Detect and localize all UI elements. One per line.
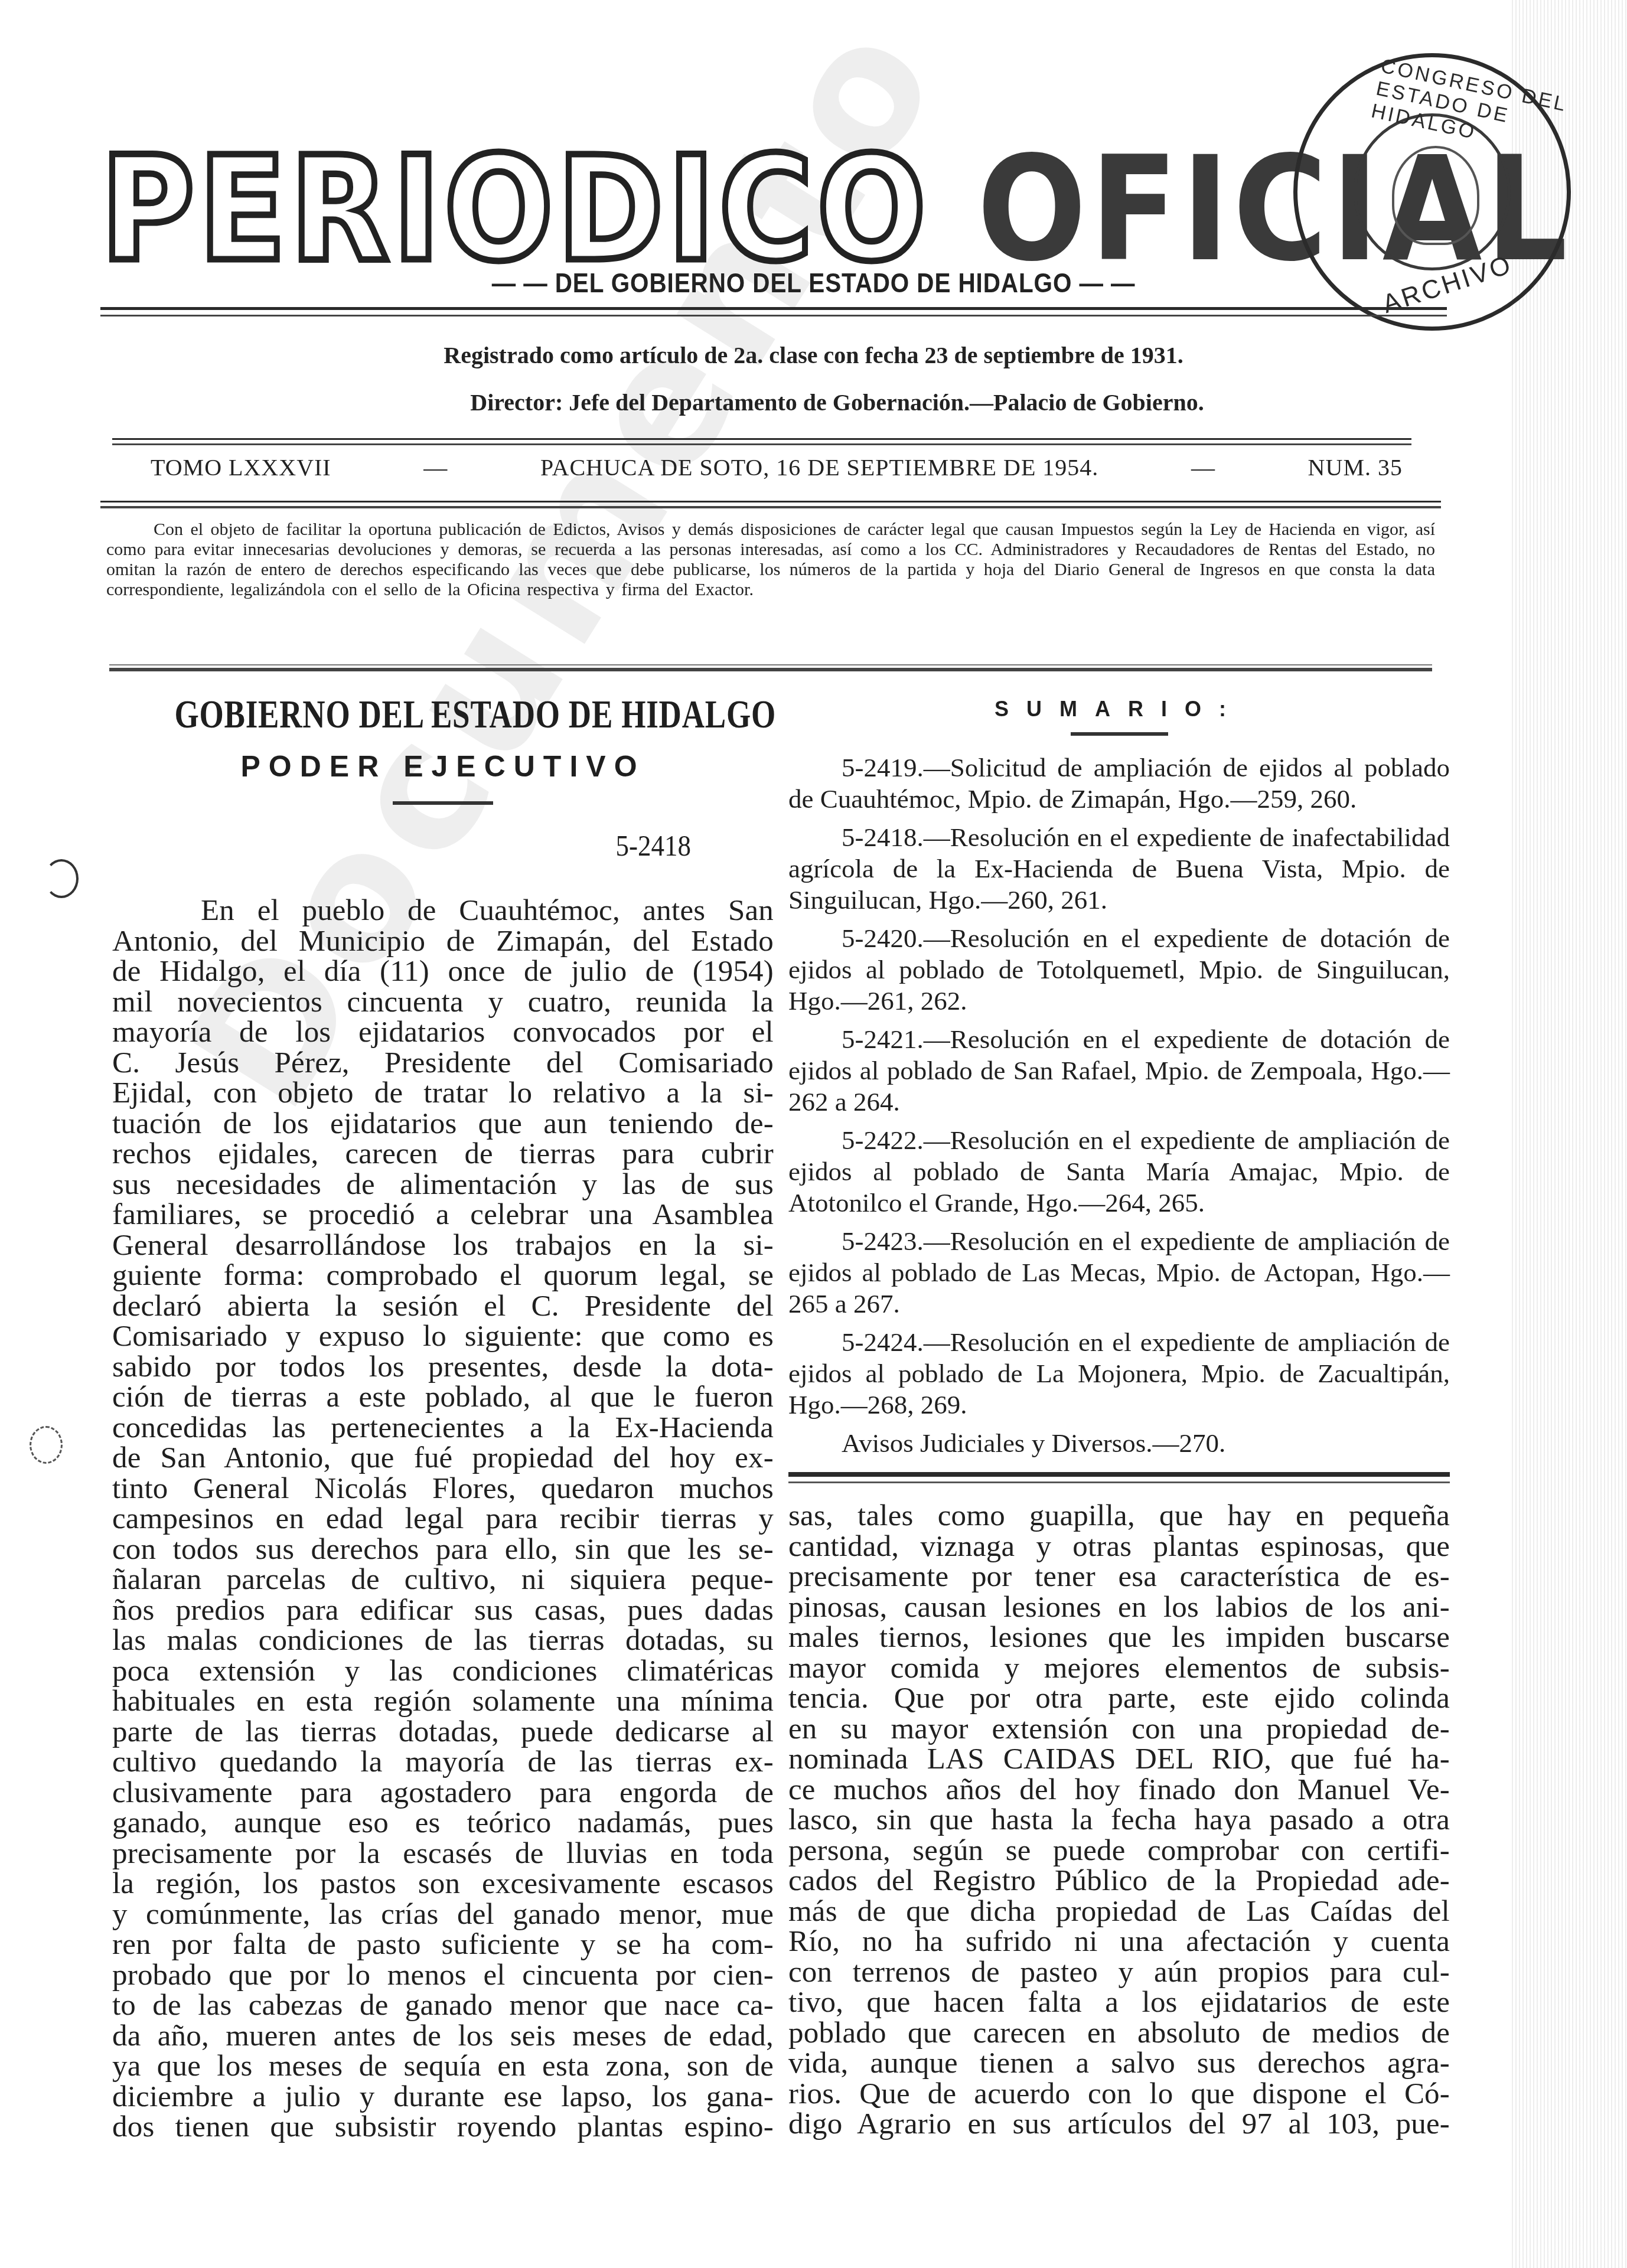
registration-line: Registrado como artículo de 2a. clase co…: [0, 341, 1627, 369]
summary-item: 5-2419.—Solicitud de ampliación de ejido…: [788, 752, 1450, 815]
heading-rule: [393, 801, 493, 805]
summary-item: 5-2422.—Resolución en el expediente de a…: [788, 1125, 1450, 1219]
text-line: mil novecientos cincuenta y cuatro, reun…: [112, 987, 774, 1018]
text-line: las malas condiciones de las tierras dot…: [112, 1626, 774, 1656]
summary-item: 5-2421.—Resolución en el expediente de d…: [788, 1024, 1450, 1118]
text-line: declaró abierta la sesión el C. Presiden…: [112, 1291, 774, 1322]
punch-hole-mark: [30, 1426, 63, 1464]
issue-separator: —: [423, 453, 448, 481]
text-line: clusivamente para agostadero para engord…: [112, 1778, 774, 1809]
text-line: cantidad, viznaga y otras plantas espino…: [788, 1532, 1450, 1562]
text-line: poblado que carecen en absoluto de medio…: [788, 2018, 1450, 2049]
right-column: SUMARIO: 5-2419.—Solicitud de ampliación…: [788, 691, 1450, 2140]
scan-edge-texture: [1512, 0, 1627, 2268]
text-line: concedidas las pertenecientes a la Ex-Ha…: [112, 1413, 774, 1444]
stamp-portrait-icon: [1392, 146, 1479, 245]
summary-end-rule: [788, 1472, 1450, 1483]
notice-rule: [109, 664, 1432, 671]
text-line: sabido por todos los presentes, desde la…: [112, 1352, 774, 1383]
text-line: ganado, aunque eso es teórico nadamás, p…: [112, 1808, 774, 1839]
text-line: guiente forma: comprobado el quorum lega…: [112, 1261, 774, 1291]
resolution-continuation: sas, tales como guapilla, que hay en peq…: [788, 1501, 1450, 2140]
text-line: males tiernos, lesiones que les impiden …: [788, 1623, 1450, 1653]
text-line: Antonio, del Municipio de Zimapán, del E…: [112, 926, 774, 957]
text-line: habituales en esta región solamente una …: [112, 1686, 774, 1717]
government-heading: GOBIERNO DEL ESTADO DE HIDALGO: [174, 691, 699, 737]
executive-subheading: PODER EJECUTIVO: [112, 749, 774, 784]
masthead-subtitle: — — DEL GOBIERNO DEL ESTADO DE HIDALGO —…: [97, 267, 1529, 299]
text-line: rios. Que de acuerdo con lo que dispone …: [788, 2079, 1450, 2110]
summary-list: 5-2419.—Solicitud de ampliación de ejido…: [788, 752, 1450, 1459]
text-line: persona, según se puede comprobar con ce…: [788, 1836, 1450, 1866]
resolution-body: En el pueblo de Cuauhtémoc, antes San An…: [112, 896, 774, 2143]
text-line: la región, los pastos son excesivamente …: [112, 1869, 774, 1900]
text-line: to de las cabezas de ganado menor que na…: [112, 1990, 774, 2021]
issue-number: NUM. 35: [1308, 453, 1403, 481]
text-line: ren por falta de pasto suficiente y se h…: [112, 1930, 774, 1960]
text-line: cultivo quedando la mayoría de las tierr…: [112, 1747, 774, 1778]
text-line: precisamente por tener esa característic…: [788, 1562, 1450, 1593]
text-line: sus necesidades de alimentación y las de…: [112, 1170, 774, 1200]
text-line: Ejidal, con objeto de tratar lo relativo…: [112, 1078, 774, 1109]
text-line: da año, mueren antes de los seis meses d…: [112, 2021, 774, 2052]
punch-hole-mark: [44, 859, 79, 898]
publication-notice: Con el objeto de facilitar la oportuna p…: [106, 520, 1435, 600]
text-line: con todos sus derechos para ello, sin qu…: [112, 1535, 774, 1565]
text-line: tivo, que hacen falta a los ejidatarios …: [788, 1988, 1450, 2018]
text-line: y comúnmente, las crías del ganado menor…: [112, 1900, 774, 1930]
text-line: cados del Registro Público de la Propied…: [788, 1866, 1450, 1897]
text-line: en su mayor extensión con una propiedad …: [788, 1714, 1450, 1745]
text-line: tuación de los ejidatarios que aun tenie…: [112, 1109, 774, 1140]
summary-item: 5-2423.—Resolución en el expediente de a…: [788, 1226, 1450, 1320]
masthead-title: PERIODICOOFICIAL: [100, 151, 1429, 270]
text-line: ños predios para edificar sus casas, pue…: [112, 1595, 774, 1626]
text-line: precisamente por la escasés de lluvias e…: [112, 1839, 774, 1869]
text-line: Comisariado y expuso lo siguiente: que c…: [112, 1321, 774, 1352]
document-number: 5-2418: [170, 828, 691, 863]
text-line: vida, aunque tienen a salvo sus derechos…: [788, 2048, 1450, 2079]
issue-line: TOMO LXXXVII — PACHUCA DE SOTO, 16 DE SE…: [151, 453, 1403, 481]
text-line: ce muchos años del hoy finado don Manuel…: [788, 1775, 1450, 1806]
text-line: ción de tierras a este poblado, al que l…: [112, 1382, 774, 1413]
text-line: ya que los meses de sequía en esta zona,…: [112, 2051, 774, 2082]
issue-separator: —: [1191, 453, 1215, 481]
issue-rule-top: [112, 438, 1411, 445]
summary-item: 5-2424.—Resolución en el expediente de a…: [788, 1327, 1450, 1421]
left-column: GOBIERNO DEL ESTADO DE HIDALGO PODER EJE…: [112, 691, 774, 2143]
text-line: pinosas, causan lesiones en los labios d…: [788, 1593, 1450, 1623]
header-rule: [100, 307, 1447, 316]
summary-item: 5-2418.—Resolución en el expediente de i…: [788, 822, 1450, 916]
text-line: C. Jesús Pérez, Presidente del Comisaria…: [112, 1048, 774, 1079]
text-line: digo Agrario en sus artículos del 97 al …: [788, 2109, 1450, 2140]
text-line: de San Antonio, que fué propiedad del ho…: [112, 1443, 774, 1474]
text-line: mayoría de los ejidatarios convocados po…: [112, 1017, 774, 1048]
text-line: campesinos en edad legal para recibir ti…: [112, 1504, 774, 1535]
place-date: PACHUCA DE SOTO, 16 DE SEPTIEMBRE DE 195…: [540, 453, 1098, 481]
summary-item: Avisos Judiciales y Diversos.—270.: [788, 1428, 1450, 1459]
text-line: ñalaran parcelas de cultivo, ni siquiera…: [112, 1565, 774, 1595]
text-line: dos tienen que subsistir royendo plantas…: [112, 2112, 774, 2143]
text-line: lasco, sin que hasta la fecha haya pasad…: [788, 1805, 1450, 1836]
summary-heading-rule: [1071, 732, 1168, 736]
text-line: En el pueblo de Cuauhtémoc, antes San: [112, 896, 774, 926]
issue-rule-bottom: [100, 501, 1441, 508]
text-line: poca extensión y las condiciones climaté…: [112, 1656, 774, 1687]
text-line: familiares, se procedió a celebrar una A…: [112, 1200, 774, 1231]
text-line: rechos ejidales, carecen de tierras para…: [112, 1139, 774, 1170]
text-line: tencia. Que por otra parte, este ejido c…: [788, 1683, 1450, 1714]
text-line: tinto General Nicolás Flores, quedaron m…: [112, 1474, 774, 1505]
text-line: parte de las tierras dotadas, puede dedi…: [112, 1717, 774, 1748]
text-line: mayor comida y mejores elementos de subs…: [788, 1653, 1450, 1684]
text-line: Río, no ha sufrido ni una afectación y c…: [788, 1927, 1450, 1957]
text-line: nominada LAS CAIDAS DEL RIO, que fué ha-: [788, 1744, 1450, 1775]
volume-number: TOMO LXXXVII: [151, 453, 331, 481]
text-line: General desarrollándose los trabajos en …: [112, 1231, 774, 1261]
text-line: de Hidalgo, el día (11) once de julio de…: [112, 957, 774, 987]
text-line: probado que por lo menos el cincuenta po…: [112, 1960, 774, 1991]
director-line: Director: Jefe del Departamento de Gober…: [24, 389, 1627, 416]
summary-heading: SUMARIO:: [788, 697, 1450, 722]
text-line: diciembre a julio y durante ese lapso, l…: [112, 2082, 774, 2113]
text-line: con terrenos de pasteo y aún propios par…: [788, 1957, 1450, 1988]
text-line: sas, tales como guapilla, que hay en peq…: [788, 1501, 1450, 1532]
summary-item: 5-2420.—Resolución en el expediente de d…: [788, 923, 1450, 1017]
text-line: más de que dicha propiedad de Las Caídas…: [788, 1897, 1450, 1927]
